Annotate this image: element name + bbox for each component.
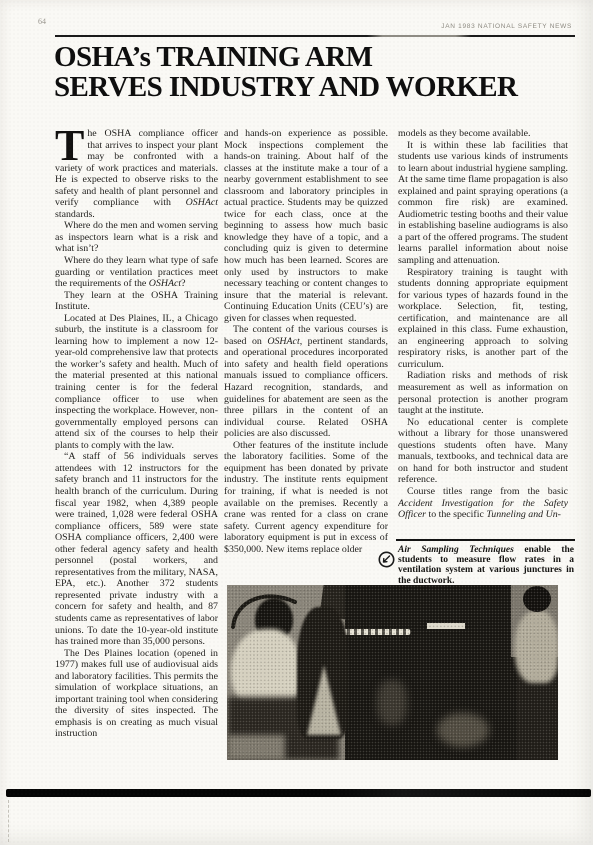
photo-caption: Air Sampling Techniques enable the stude…	[398, 545, 574, 586]
title-line-1: OSHA’s TRAINING ARM	[54, 42, 517, 72]
article-paragraph: Other features of the institute include …	[224, 440, 388, 555]
text-run: The Des Plaines location (opened in 1977…	[55, 648, 218, 740]
text-run: Radiation risks and methods of risk meas…	[398, 370, 568, 416]
caption-course-title: Air Sampling Techniques	[398, 545, 514, 555]
caption-divider-rule	[396, 539, 575, 541]
article-paragraph: “A staff of 56 individuals serves attend…	[55, 451, 218, 647]
italic-text-run: OSHAct	[186, 197, 218, 208]
article-paragraph: Where do they learn what type of safe gu…	[55, 255, 218, 290]
text-run: Located at Des Plaines, IL, a Chicago su…	[55, 313, 218, 451]
text-run: to the specific	[426, 509, 486, 520]
text-column-3: models as they become available.It is wi…	[398, 128, 568, 540]
article-paragraph: models as they become available.	[398, 128, 568, 140]
text-run: Where do they learn what type of safe gu…	[55, 255, 218, 289]
italic-text-run: OSHAct	[267, 336, 299, 347]
text-column-2: and hands-on experience as possible. Moc…	[224, 128, 388, 578]
bottom-scan-bar	[6, 789, 591, 797]
article-paragraph: Radiation risks and methods of risk meas…	[398, 370, 568, 416]
article-paragraph: Where do the men and women serving as in…	[55, 220, 218, 255]
text-run: Other features of the institute include …	[224, 440, 388, 555]
text-run: and hands-on experience as possible. Moc…	[224, 128, 388, 324]
text-run: Course titles range from the basic	[407, 486, 568, 497]
drop-cap-letter: T	[55, 128, 87, 162]
caption-pointer-icon	[378, 551, 395, 568]
article-paragraph: The content of the various courses is ba…	[224, 324, 388, 439]
title-line-2: SERVES INDUSTRY AND WORKER	[54, 72, 517, 102]
article-paragraph: and hands-on experience as possible. Moc…	[224, 128, 388, 324]
scan-artifact-line	[8, 800, 9, 842]
text-run: They learn at the OSHA Training Institut…	[55, 290, 218, 313]
header-rule	[55, 35, 575, 37]
article-paragraph: The Des Plaines location (opened in 1977…	[55, 648, 218, 740]
text-run: standards.	[55, 209, 95, 220]
training-lab-photo	[227, 585, 558, 760]
text-run: It is within these lab facilities that s…	[398, 140, 568, 266]
article-paragraph: No educational center is complete withou…	[398, 417, 568, 486]
photo-halftone-light	[227, 585, 558, 760]
italic-text-run: OSHAct	[149, 278, 181, 289]
masthead-text: JAN 1983 NATIONAL SAFETY NEWS	[441, 23, 572, 30]
article-paragraph: The OSHA compliance officer that arrives…	[55, 128, 218, 220]
article-paragraph: Respiratory training is taught with stud…	[398, 267, 568, 371]
text-run: Respiratory training is taught with stud…	[398, 267, 568, 370]
page-number: 64	[38, 17, 46, 26]
text-run: models as they become available.	[398, 128, 530, 139]
text-run: No educational center is complete withou…	[398, 417, 568, 486]
article-paragraph: They learn at the OSHA Training Institut…	[55, 290, 218, 313]
text-run: ?	[181, 278, 185, 289]
article-title: OSHA’s TRAINING ARM SERVES INDUSTRY AND …	[54, 42, 517, 102]
article-paragraph: Located at Des Plaines, IL, a Chicago su…	[55, 313, 218, 452]
magazine-page: 64 JAN 1983 NATIONAL SAFETY NEWS OSHA’s …	[0, 0, 593, 845]
text-run: , pertinent standards, and operational p…	[224, 336, 388, 439]
text-run: “A staff of 56 individuals serves attend…	[55, 451, 218, 647]
text-run: Where do the men and women serving as in…	[55, 220, 218, 254]
article-paragraph: It is within these lab facilities that s…	[398, 140, 568, 267]
article-paragraph: Course titles range from the basic Accid…	[398, 486, 568, 521]
italic-text-run: Tunneling and Un-	[486, 509, 561, 520]
text-column-1: The OSHA compliance officer that arrives…	[55, 128, 218, 760]
